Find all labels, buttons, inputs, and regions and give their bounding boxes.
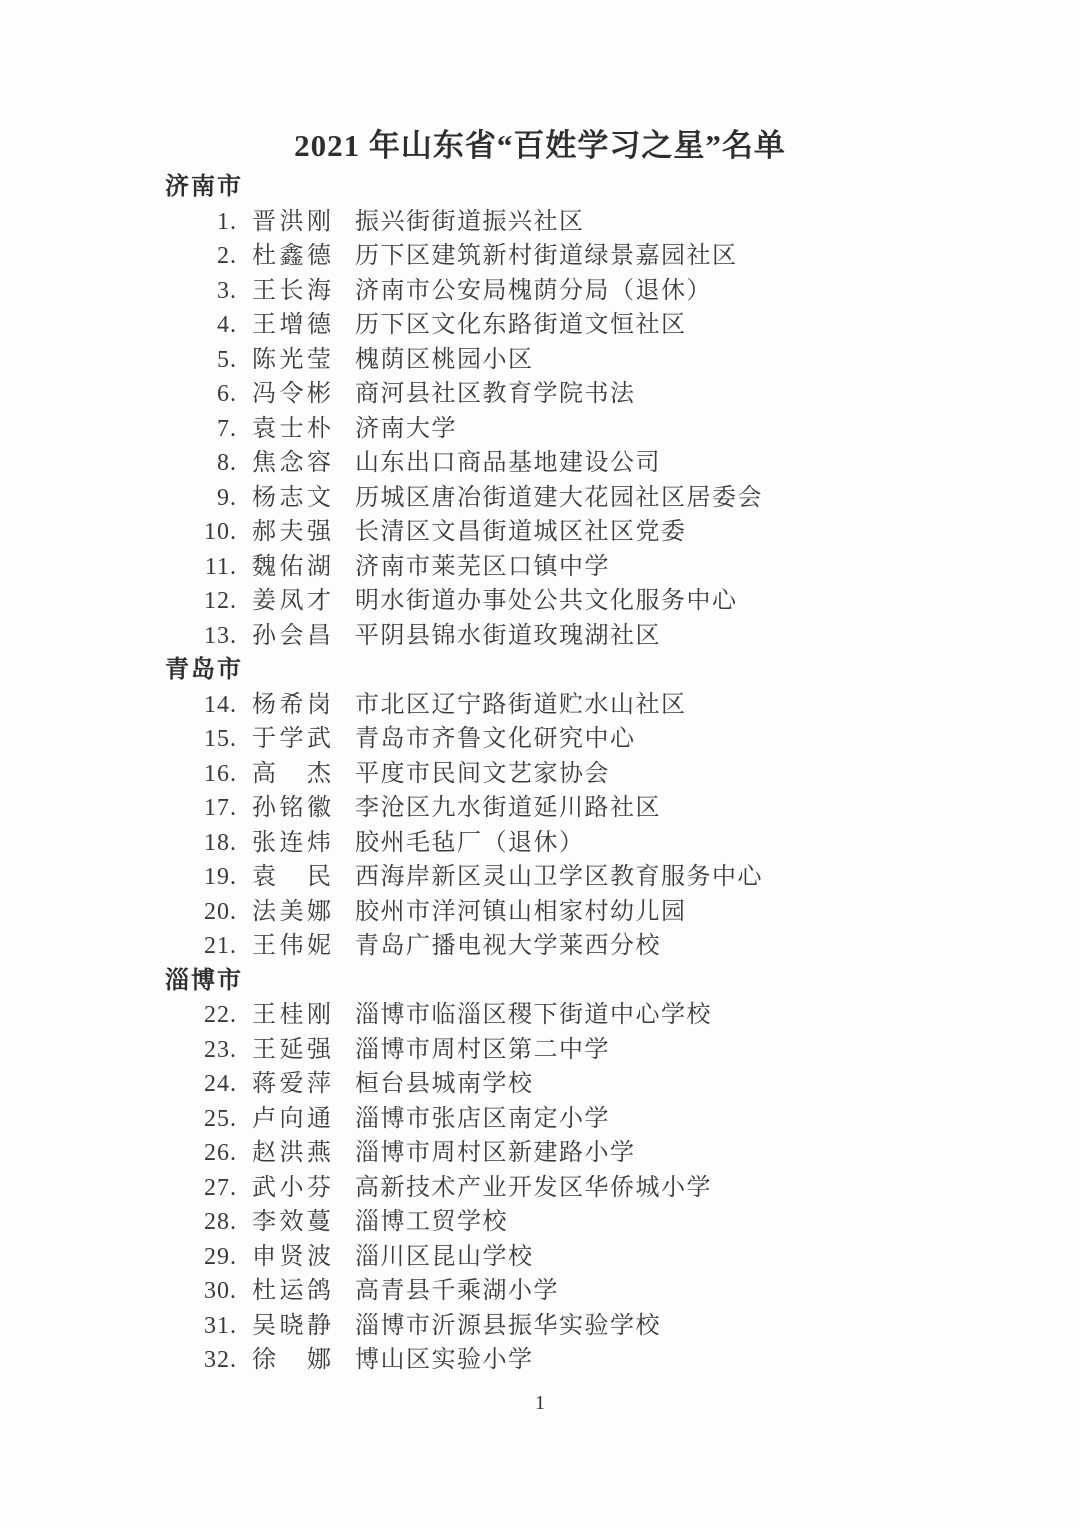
organization: 胶州毛毡厂（退休） — [355, 826, 585, 861]
list-item: 12. 姜凤才 明水街道办事处公共文化服务中心 — [0, 584, 1080, 619]
document-title: 2021 年山东省“百姓学习之星”名单 — [0, 122, 1080, 170]
item-number: 25. — [148, 1102, 237, 1137]
item-number: 24. — [148, 1067, 237, 1102]
item-number: 32. — [148, 1343, 237, 1378]
list-item: 22. 王桂刚 淄博市临淄区稷下街道中心学校 — [0, 998, 1080, 1033]
person-name: 郝夫强 — [252, 515, 355, 550]
city-section: 青岛市 14. 杨希岗 市北区辽宁路街道贮水山社区 15. 于学武 青岛市齐鲁文… — [0, 653, 1080, 964]
item-number: 28. — [148, 1205, 237, 1240]
list-item: 1. 晋洪刚 振兴街街道振兴社区 — [0, 205, 1080, 240]
item-number: 14. — [148, 688, 237, 723]
list-item: 21. 王伟妮 青岛广播电视大学莱西分校 — [0, 929, 1080, 964]
person-name: 赵洪燕 — [252, 1136, 355, 1171]
list-item: 14. 杨希岗 市北区辽宁路街道贮水山社区 — [0, 688, 1080, 723]
organization: 淄博市沂源县振华实验学校 — [355, 1309, 661, 1344]
person-name: 杨志文 — [252, 481, 355, 516]
item-number: 21. — [148, 929, 237, 964]
item-number: 5. — [148, 343, 237, 378]
organization: 桓台县城南学校 — [355, 1067, 534, 1102]
item-number: 8. — [148, 446, 237, 481]
list-item: 17. 孙铭徽 李沧区九水街道延川路社区 — [0, 791, 1080, 826]
organization: 山东出口商品基地建设公司 — [355, 446, 661, 481]
list-item: 32. 徐 娜 博山区实验小学 — [0, 1343, 1080, 1378]
organization: 济南市公安局槐荫分局（退休） — [355, 274, 712, 309]
list-item: 23. 王延强 淄博市周村区第二中学 — [0, 1033, 1080, 1068]
list-item: 10. 郝夫强 长清区文昌街道城区社区党委 — [0, 515, 1080, 550]
organization: 平阴县锦水街道玫瑰湖社区 — [355, 619, 661, 654]
list-item: 25. 卢向通 淄博市张店区南定小学 — [0, 1102, 1080, 1137]
item-number: 7. — [148, 412, 237, 447]
person-name: 王伟妮 — [252, 929, 355, 964]
person-name: 杜运鸽 — [252, 1274, 355, 1309]
person-name: 孙铭徽 — [252, 791, 355, 826]
list-item: 5. 陈光莹 槐荫区桃园小区 — [0, 343, 1080, 378]
city-section-items: 1. 晋洪刚 振兴街街道振兴社区 2. 杜鑫德 历下区建筑新村街道绿景嘉园社区 … — [0, 205, 1080, 654]
organization: 槐荫区桃园小区 — [355, 343, 534, 378]
list-item: 15. 于学武 青岛市齐鲁文化研究中心 — [0, 722, 1080, 757]
organization: 西海岸新区灵山卫学区教育服务中心 — [355, 860, 763, 895]
item-number: 2. — [148, 239, 237, 274]
person-name: 袁 民 — [252, 860, 355, 895]
list-item: 2. 杜鑫德 历下区建筑新村街道绿景嘉园社区 — [0, 239, 1080, 274]
organization: 淄博市周村区第二中学 — [355, 1033, 610, 1068]
organization: 平度市民间文艺家协会 — [355, 757, 610, 792]
list-item: 9. 杨志文 历城区唐冶街道建大花园社区居委会 — [0, 481, 1080, 516]
list-item: 30. 杜运鸽 高青县千乘湖小学 — [0, 1274, 1080, 1309]
list-item: 8. 焦念容 山东出口商品基地建设公司 — [0, 446, 1080, 481]
person-name: 魏佑湖 — [252, 550, 355, 585]
city-section: 淄博市 22. 王桂刚 淄博市临淄区稷下街道中心学校 23. 王延强 淄博市周村… — [0, 964, 1080, 1378]
item-number: 3. — [148, 274, 237, 309]
item-number: 31. — [148, 1309, 237, 1344]
person-name: 王延强 — [252, 1033, 355, 1068]
item-number: 1. — [148, 205, 237, 240]
list-item: 6. 冯令彬 商河县社区教育学院书法 — [0, 377, 1080, 412]
organization: 博山区实验小学 — [355, 1343, 534, 1378]
person-name: 吴晓静 — [252, 1309, 355, 1344]
item-number: 10. — [148, 515, 237, 550]
person-name: 法美娜 — [252, 895, 355, 930]
list-item: 18. 张连炜 胶州毛毡厂（退休） — [0, 826, 1080, 861]
person-name: 申贤波 — [252, 1240, 355, 1275]
person-name: 徐 娜 — [252, 1343, 355, 1378]
item-number: 15. — [148, 722, 237, 757]
organization: 淄博市临淄区稷下街道中心学校 — [355, 998, 712, 1033]
item-number: 6. — [148, 377, 237, 412]
list-item: 4. 王增德 历下区文化东路街道文恒社区 — [0, 308, 1080, 343]
list-item: 29. 申贤波 淄川区昆山学校 — [0, 1240, 1080, 1275]
item-number: 11. — [148, 550, 237, 585]
city-section-header: 淄博市 — [0, 964, 1080, 999]
list-item: 28. 李效蔓 淄博工贸学校 — [0, 1205, 1080, 1240]
list-item: 3. 王长海 济南市公安局槐荫分局（退休） — [0, 274, 1080, 309]
person-name: 卢向通 — [252, 1102, 355, 1137]
person-name: 陈光莹 — [252, 343, 355, 378]
list-item: 24. 蒋爱萍 桓台县城南学校 — [0, 1067, 1080, 1102]
person-name: 王长海 — [252, 274, 355, 309]
item-number: 20. — [148, 895, 237, 930]
organization: 淄川区昆山学校 — [355, 1240, 534, 1275]
item-number: 16. — [148, 757, 237, 792]
item-number: 29. — [148, 1240, 237, 1275]
person-name: 焦念容 — [252, 446, 355, 481]
organization: 李沧区九水街道延川路社区 — [355, 791, 661, 826]
item-number: 4. — [148, 308, 237, 343]
item-number: 12. — [148, 584, 237, 619]
city-section-header: 青岛市 — [0, 653, 1080, 688]
item-number: 27. — [148, 1171, 237, 1206]
organization: 青岛市齐鲁文化研究中心 — [355, 722, 636, 757]
organization: 明水街道办事处公共文化服务中心 — [355, 584, 738, 619]
list-item: 27. 武小芬 高新技术产业开发区华侨城小学 — [0, 1171, 1080, 1206]
organization: 商河县社区教育学院书法 — [355, 377, 636, 412]
city-section: 济南市 1. 晋洪刚 振兴街街道振兴社区 2. 杜鑫德 历下区建筑新村街道绿景嘉… — [0, 170, 1080, 653]
list-item: 26. 赵洪燕 淄博市周村区新建路小学 — [0, 1136, 1080, 1171]
list-item: 16. 高 杰 平度市民间文艺家协会 — [0, 757, 1080, 792]
person-name: 冯令彬 — [252, 377, 355, 412]
organization: 历城区唐冶街道建大花园社区居委会 — [355, 481, 763, 516]
item-number: 30. — [148, 1274, 237, 1309]
organization: 济南大学 — [355, 412, 457, 447]
organization: 历下区建筑新村街道绿景嘉园社区 — [355, 239, 738, 274]
person-name: 张连炜 — [252, 826, 355, 861]
organization: 长清区文昌街道城区社区党委 — [355, 515, 687, 550]
organization: 淄博市张店区南定小学 — [355, 1102, 610, 1137]
organization: 市北区辽宁路街道贮水山社区 — [355, 688, 687, 723]
person-name: 杜鑫德 — [252, 239, 355, 274]
organization: 济南市莱芜区口镇中学 — [355, 550, 610, 585]
person-name: 蒋爱萍 — [252, 1067, 355, 1102]
list-item: 20. 法美娜 胶州市洋河镇山相家村幼儿园 — [0, 895, 1080, 930]
organization: 青岛广播电视大学莱西分校 — [355, 929, 661, 964]
list-item: 13. 孙会昌 平阴县锦水街道玫瑰湖社区 — [0, 619, 1080, 654]
organization: 高青县千乘湖小学 — [355, 1274, 559, 1309]
document-page: 2021 年山东省“百姓学习之星”名单 济南市 1. 晋洪刚 振兴街街道振兴社区… — [0, 0, 1080, 1528]
person-name: 孙会昌 — [252, 619, 355, 654]
person-name: 晋洪刚 — [252, 205, 355, 240]
organization: 高新技术产业开发区华侨城小学 — [355, 1171, 712, 1206]
city-section-items: 14. 杨希岗 市北区辽宁路街道贮水山社区 15. 于学武 青岛市齐鲁文化研究中… — [0, 688, 1080, 964]
award-list: 济南市 1. 晋洪刚 振兴街街道振兴社区 2. 杜鑫德 历下区建筑新村街道绿景嘉… — [0, 170, 1080, 1378]
organization: 淄博工贸学校 — [355, 1205, 508, 1240]
person-name: 武小芬 — [252, 1171, 355, 1206]
person-name: 王桂刚 — [252, 998, 355, 1033]
person-name: 王增德 — [252, 308, 355, 343]
list-item: 31. 吴晓静 淄博市沂源县振华实验学校 — [0, 1309, 1080, 1344]
item-number: 13. — [148, 619, 237, 654]
person-name: 杨希岗 — [252, 688, 355, 723]
list-item: 7. 袁士朴 济南大学 — [0, 412, 1080, 447]
item-number: 9. — [148, 481, 237, 516]
page-number: 1 — [0, 1392, 1080, 1415]
organization: 历下区文化东路街道文恒社区 — [355, 308, 687, 343]
organization: 胶州市洋河镇山相家村幼儿园 — [355, 895, 687, 930]
item-number: 19. — [148, 860, 237, 895]
item-number: 23. — [148, 1033, 237, 1068]
person-name: 高 杰 — [252, 757, 355, 792]
item-number: 22. — [148, 998, 237, 1033]
organization: 淄博市周村区新建路小学 — [355, 1136, 636, 1171]
list-item: 11. 魏佑湖 济南市莱芜区口镇中学 — [0, 550, 1080, 585]
list-item: 19. 袁 民 西海岸新区灵山卫学区教育服务中心 — [0, 860, 1080, 895]
city-section-items: 22. 王桂刚 淄博市临淄区稷下街道中心学校 23. 王延强 淄博市周村区第二中… — [0, 998, 1080, 1378]
city-section-header: 济南市 — [0, 170, 1080, 205]
person-name: 姜凤才 — [252, 584, 355, 619]
person-name: 袁士朴 — [252, 412, 355, 447]
item-number: 26. — [148, 1136, 237, 1171]
item-number: 17. — [148, 791, 237, 826]
item-number: 18. — [148, 826, 237, 861]
organization: 振兴街街道振兴社区 — [355, 205, 585, 240]
person-name: 李效蔓 — [252, 1205, 355, 1240]
person-name: 于学武 — [252, 722, 355, 757]
